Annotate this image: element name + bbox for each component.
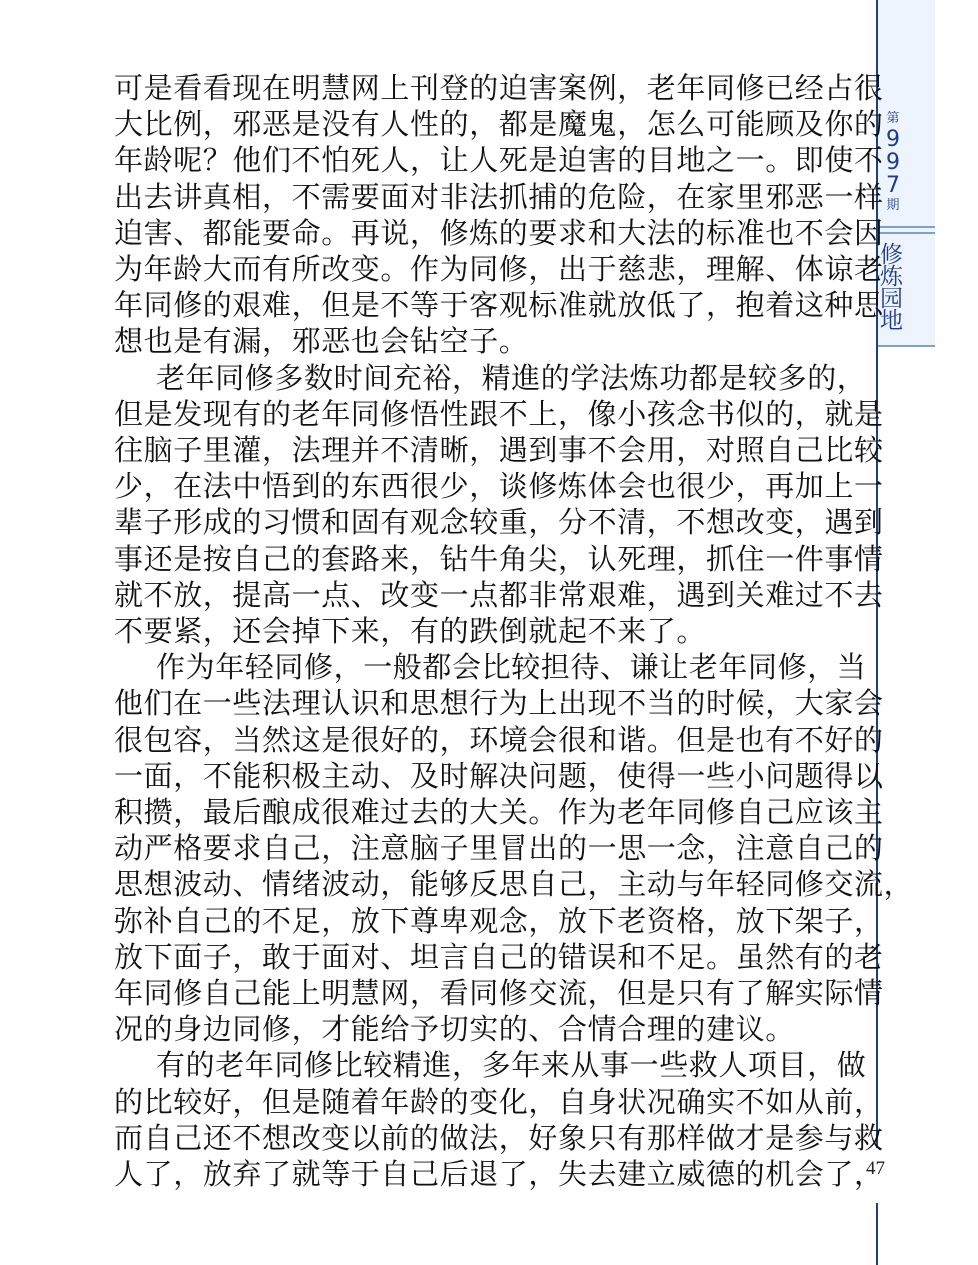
issue-digit: 7 [883,174,903,197]
divider-line [878,345,935,347]
text-line: 年龄呢？他们不怕死人，让人死是迫害的目地之一。即使不 [114,142,862,178]
text-line: 弥补自己的不足，放下尊卑观念，放下老资格，放下架子， [114,903,862,939]
issue-digit: 9 [883,151,903,174]
divider-line [878,226,935,228]
text-line: 想也是有漏，邪恶也会钻空子。 [114,323,862,359]
section-char: 园 [880,288,910,310]
issue-prefix: 第 [883,110,903,128]
divider-line [878,232,935,234]
text-line: 不要紧，还会掉下来，有的跌倒就起不来了。 [114,613,862,649]
article-body: 可是看看现在明慧网上刊登的迫害案例，老年同修已经占很 大比例，邪恶是没有人性的，… [114,70,862,1192]
paragraph: 作为年轻同修，一般都会比较担待、谦让老年同修，当 他们在一些法理认识和思想行为上… [114,649,862,1047]
section-char: 炼 [880,266,910,288]
text-line: 老年同修多数时间充裕，精進的学法炼功都是较多的， [114,360,862,396]
text-line: 思想波动、情绪波动，能够反思自己，主动与年轻同修交流， [114,866,862,902]
text-line: 人了，放弃了就等于自己后退了，失去建立威德的机会了， [114,1156,862,1192]
paragraph: 有的老年同修比较精進，多年来从事一些救人项目，做 的比较好，但是随着年龄的变化，… [114,1047,862,1192]
paragraph: 可是看看现在明慧网上刊登的迫害案例，老年同修已经占很 大比例，邪恶是没有人性的，… [114,70,862,360]
text-line: 大比例，邪恶是没有人性的，都是魔鬼，怎么可能顾及你的 [114,106,862,142]
issue-digit: 9 [883,128,903,151]
section-char: 地 [880,310,910,332]
text-line: 的比较好，但是随着年龄的变化，自身状况确实不如从前， [114,1084,862,1120]
text-line: 放下面子，敢于面对、坦言自己的错误和不足。虽然有的老 [114,939,862,975]
text-line: 可是看看现在明慧网上刊登的迫害案例，老年同修已经占很 [114,70,862,106]
text-line: 迫害、都能要命。再说，修炼的要求和大法的标准也不会因 [114,215,862,251]
text-line: 积攒，最后酿成很难过去的大关。作为老年同修自己应该主 [114,794,862,830]
issue-number: 第 9 9 7 期 [883,110,903,215]
text-line: 辈子形成的习惯和固有观念较重，分不清，不想改变，遇到 [114,504,862,540]
text-line: 况的身边同修，才能给予切实的、合情合理的建议。 [114,1011,862,1047]
vertical-rule-bottom [876,1203,878,1265]
text-line: 一面，不能积极主动、及时解决问题，使得一些小问题得以 [114,758,862,794]
section-title: 修 炼 园 地 [880,244,910,332]
text-line: 而自己还不想改变以前的做法，好象只有那样做才是参与救 [114,1120,862,1156]
text-line: 往脑子里灌，法理并不清晰，遇到事不会用，对照自己比较 [114,432,862,468]
text-line: 事还是按自己的套路来，钻牛角尖，认死理，抓住一件事情 [114,541,862,577]
text-line: 作为年轻同修，一般都会比较担待、谦让老年同修，当 [114,649,862,685]
text-line: 就不放，提高一点、改变一点都非常艰难，遇到关难过不去 [114,577,862,613]
text-line: 有的老年同修比较精進，多年来从事一些救人项目，做 [114,1047,862,1083]
text-line: 为年龄大而有所改变。作为同修，出于慈悲，理解、体谅老 [114,251,862,287]
text-line: 年同修自己能上明慧网，看同修交流，但是只有了解实际情 [114,975,862,1011]
issue-suffix: 期 [883,197,903,215]
text-line: 但是发现有的老年同修悟性跟不上，像小孩念书似的，就是 [114,396,862,432]
text-line: 出去讲真相，不需要面对非法抓捕的危险，在家里邪恶一样 [114,179,862,215]
section-char: 修 [880,244,910,266]
text-line: 动严格要求自己，注意脑子里冒出的一思一念，注意自己的 [114,830,862,866]
text-line: 他们在一些法理认识和思想行为上出现不当的时候，大家会 [114,685,862,721]
text-line: 年同修的艰难，但是不等于客观标准就放低了，抱着这种思 [114,287,862,323]
text-line: 少，在法中悟到的东西很少，谈修炼体会也很少，再加上一 [114,468,862,504]
paragraph: 老年同修多数时间充裕，精進的学法炼功都是较多的， 但是发现有的老年同修悟性跟不上… [114,360,862,650]
text-line: 很包容，当然这是很好的，环境会很和谐。但是也有不好的 [114,722,862,758]
